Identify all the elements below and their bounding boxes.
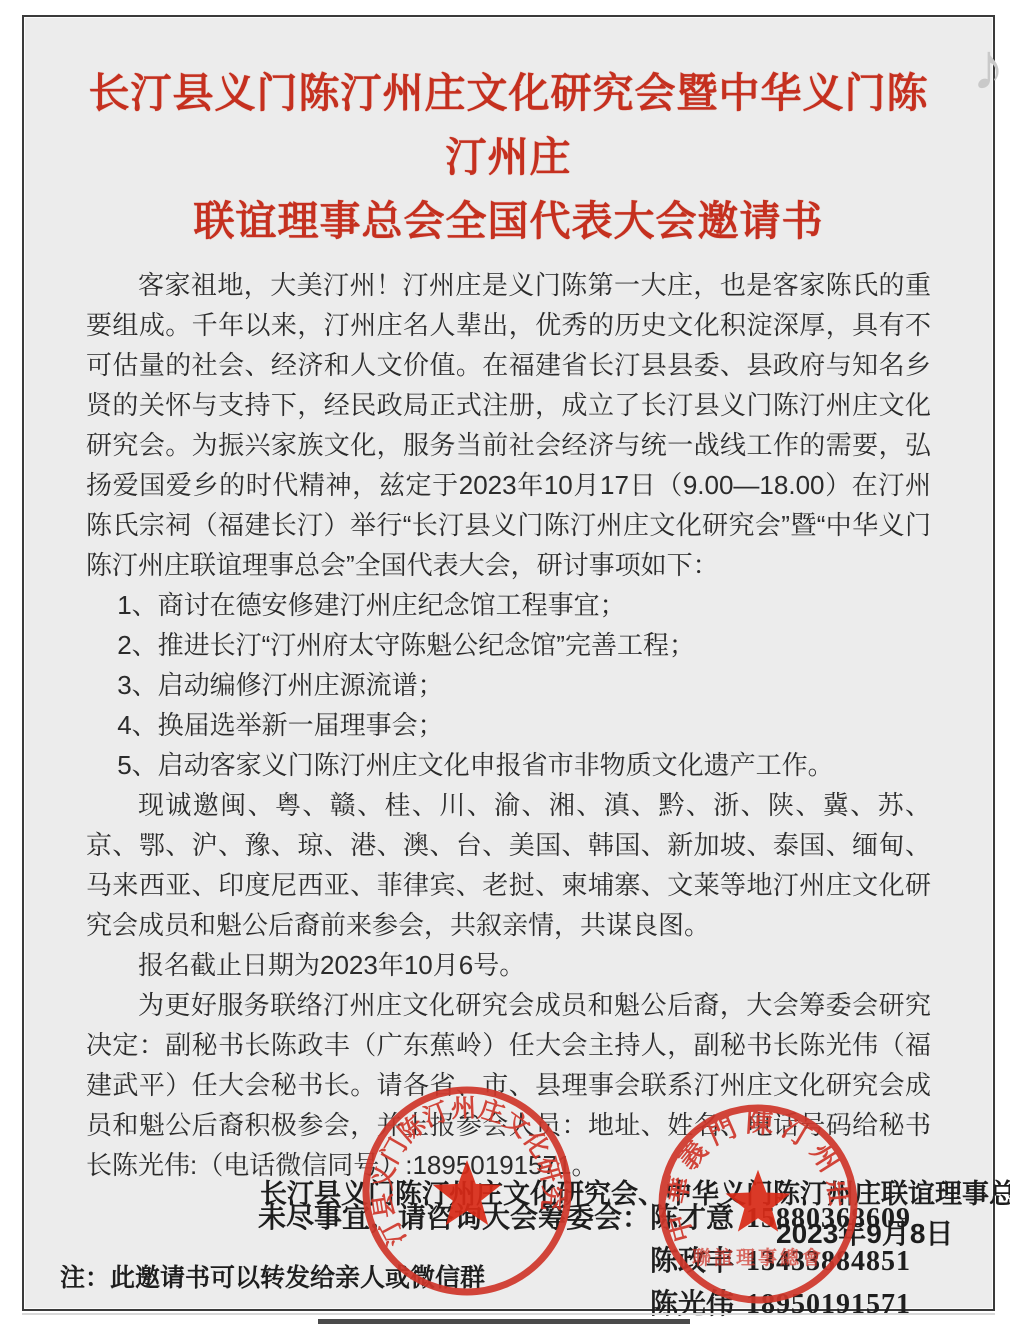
- music-note-icon: ♪: [972, 28, 1005, 104]
- agenda-item-2: 2、推进长汀“汀州府太守陈魁公纪念馆”完善工程；: [86, 625, 931, 665]
- document-title: 长汀县义门陈汀州庄文化研究会暨中华义门陈汀州庄 联谊理事总会全国代表大会邀请书: [86, 61, 931, 253]
- document-body: 客家祖地，大美汀州！汀州庄是义门陈第一大庄，也是客家陈氏的重要组成。千年以来，汀…: [86, 265, 931, 1185]
- paragraph-organization: 为更好服务联络汀州庄文化研究会成员和魁公后裔，大会筹委会研究决定：副秘书长陈政丰…: [86, 985, 931, 1185]
- paragraph-invite: 现诚邀闽、粤、赣、桂、川、渝、湘、滇、黔、浙、陕、冀、苏、京、鄂、沪、豫、琼、港…: [86, 785, 931, 945]
- scanned-invitation-document: { "colors": { "title_red": "#c5301f", "s…: [0, 0, 1010, 1328]
- agenda-item-3: 3、启动编修汀州庄源流谱；: [86, 665, 931, 705]
- bottom-dark-bar: [318, 1319, 690, 1324]
- document-page: 长汀县义门陈汀州庄文化研究会暨中华义门陈汀州庄 联谊理事总会全国代表大会邀请书 …: [22, 15, 995, 1311]
- contact-phone: 18950191571: [746, 1289, 911, 1320]
- paragraph-deadline: 报名截止日期为2023年10月6号。: [86, 945, 931, 985]
- agenda-item-4: 4、换届选举新一届理事会；: [86, 705, 931, 745]
- footer-note: 注：此邀请书可以转发给亲人或微信群: [60, 1258, 485, 1294]
- agenda-item-1: 1、商讨在德安修建汀州庄纪念馆工程事宜；: [86, 585, 931, 625]
- signature-organizations: 长汀县义门陈汀州庄文化研究会、中华义门陈汀州庄联谊理事总会: [260, 1172, 1010, 1211]
- page-bottom-strip: [22, 1313, 995, 1315]
- paragraph-intro: 客家祖地，大美汀州！汀州庄是义门陈第一大庄，也是客家陈氏的重要组成。千年以来，汀…: [86, 265, 931, 585]
- document-date: 2023年9月8日: [776, 1212, 953, 1252]
- contact-name: 陈光伟: [650, 1289, 734, 1320]
- document-content: 长汀县义门陈汀州庄文化研究会暨中华义门陈汀州庄 联谊理事总会全国代表大会邀请书 …: [24, 17, 993, 1326]
- title-line-1: 长汀县义门陈汀州庄文化研究会暨中华义门陈汀州庄: [86, 61, 931, 189]
- contact-name: 陈政丰: [650, 1246, 734, 1277]
- title-line-2: 联谊理事总会全国代表大会邀请书: [86, 189, 931, 253]
- agenda-item-5: 5、启动客家义门陈汀州庄文化申报省市非物质文化遗产工作。: [86, 745, 931, 785]
